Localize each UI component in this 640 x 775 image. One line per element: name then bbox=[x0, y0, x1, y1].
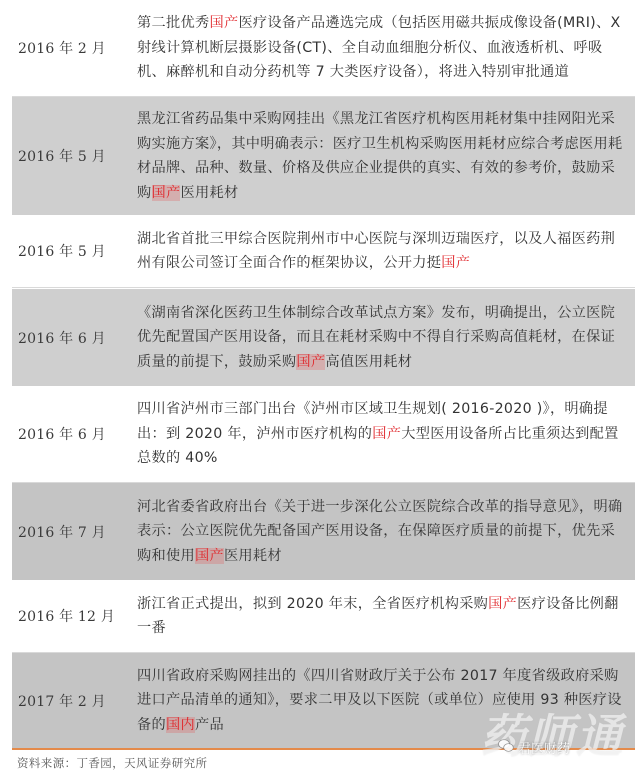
table-row: 2016 年 7 月 河北省委省政府出台《关于进一步深化公立医院综合改革的指导意… bbox=[12, 483, 635, 580]
row-description: 湖北省首批三甲综合医院荆州市中心医院与深圳迈瑞医疗，以及人福医药荆州有限公司签订… bbox=[137, 227, 635, 276]
row-description: 《湖南省深化医药卫生体制综合改革试点方案》发布，明确提出，公立医院优先配置国产医… bbox=[137, 301, 635, 375]
row-date: 2016 年 5 月 bbox=[12, 146, 137, 166]
table-row: 2016 年 5 月 湖北省首批三甲综合医院荆州市中心医院与深圳迈瑞医疗，以及人… bbox=[12, 215, 635, 288]
source-note: 资料来源：丁香园，天风证券研究所 bbox=[17, 755, 207, 771]
highlight-keyword: 国内 bbox=[166, 717, 195, 733]
table-row: 2016 年 12 月 浙江省正式提出，拟到 2020 年末，全省医疗机构采购国… bbox=[12, 580, 635, 653]
row-date: 2016 年 7 月 bbox=[12, 522, 137, 542]
row-date: 2016 年 6 月 bbox=[12, 424, 137, 444]
highlight-keyword: 国产 bbox=[296, 354, 325, 370]
highlight-keyword: 国产 bbox=[152, 185, 181, 201]
row-date: 2016 年 6 月 bbox=[12, 328, 137, 348]
row-description: 黑龙江省药品集中采购网挂出《黑龙江省医疗机构医用耗材集中挂网阳光采购实施方案》，… bbox=[137, 107, 635, 205]
highlight-keyword: 国产 bbox=[372, 426, 401, 442]
table-row: 2016 年 6 月 四川省泸州市三部门出台《泸州市区域卫生规划( 2016-2… bbox=[12, 386, 635, 483]
table-row: 2017 年 2 月 四川省政府采购网挂出的《四川省财政厅关于公布 2017 年… bbox=[12, 653, 635, 748]
row-description: 四川省泸州市三部门出台《泸州市区域卫生规划( 2016-2020 )》，明确提出… bbox=[137, 397, 635, 471]
row-date: 2016 年 5 月 bbox=[12, 241, 137, 261]
row-description: 浙江省正式提出，拟到 2020 年末，全省医疗机构采购国产医疗设备比例翻一番 bbox=[137, 592, 635, 641]
highlight-keyword: 国产 bbox=[488, 596, 517, 612]
table-row: 2016 年 6 月 《湖南省深化医药卫生体制综合改革试点方案》发布，明确提出，… bbox=[12, 289, 635, 386]
table-row: 2016 年 2 月 第二批优秀国产医疗设备产品遴选完成（包括医用磁共振成像设备… bbox=[12, 0, 635, 97]
table-row: 2016 年 5 月 黑龙江省药品集中采购网挂出《黑龙江省医疗机构医用耗材集中挂… bbox=[12, 97, 635, 215]
row-date: 2016 年 2 月 bbox=[12, 38, 137, 58]
highlight-keyword: 国产 bbox=[441, 255, 470, 271]
row-description: 四川省政府采购网挂出的《四川省财政厅关于公布 2017 年度省级政府采购进口产品… bbox=[137, 664, 635, 738]
row-description: 第二批优秀国产医疗设备产品遴选完成（包括医用磁共振成像设备(MRI)、X 射线计… bbox=[137, 11, 635, 85]
table-bottom-rule bbox=[12, 748, 635, 750]
row-date: 2016 年 12 月 bbox=[12, 606, 137, 626]
row-date: 2017 年 2 月 bbox=[12, 691, 137, 711]
highlight-keyword: 国产 bbox=[209, 15, 238, 31]
row-description: 河北省委省政府出台《关于进一步深化公立医院综合改革的指导意见》，明确表示：公立医… bbox=[137, 495, 635, 569]
highlight-keyword: 国产 bbox=[195, 548, 224, 564]
